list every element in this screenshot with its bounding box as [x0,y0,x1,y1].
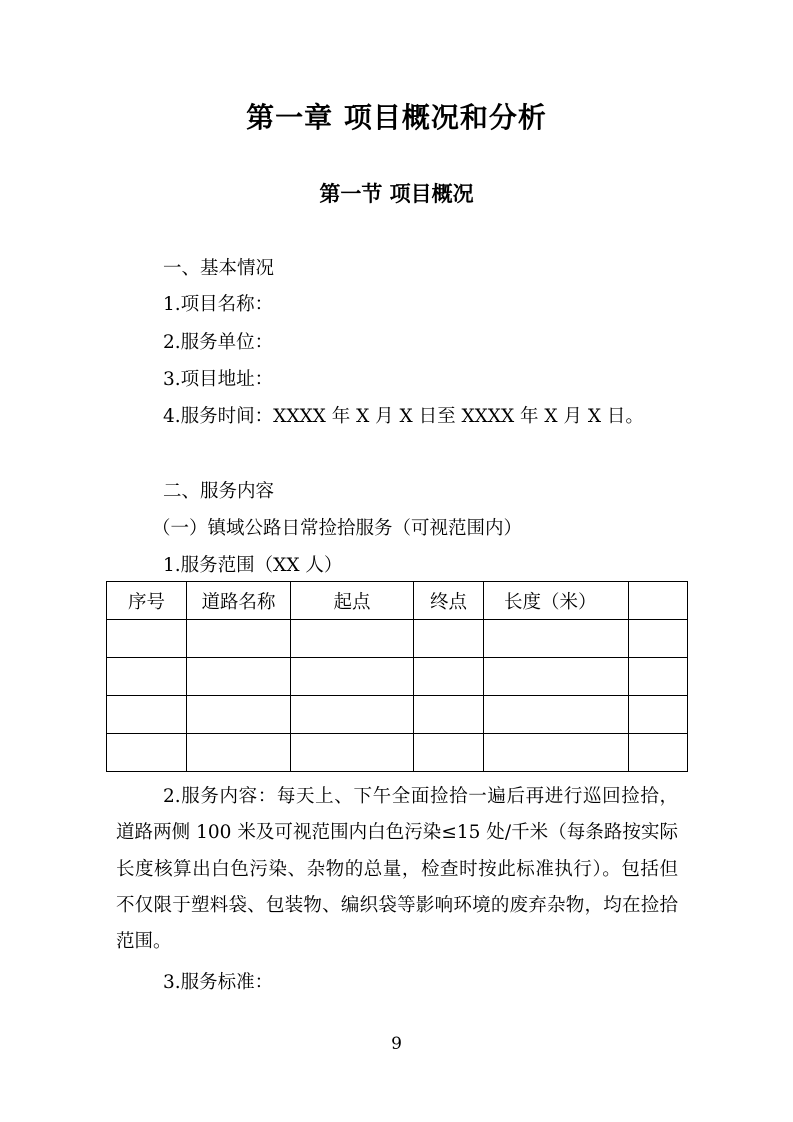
header-start-point: 起点 [291,582,414,620]
project-name-label: 1.项目名称： [163,293,273,317]
table-row [107,734,688,772]
table-cell [484,658,629,696]
header-length: 长度（米） [484,582,629,620]
service-scope-label: 1.服务范围（XX 人） [163,554,342,578]
basic-info-heading: 一、基本情况 [163,257,274,281]
table-cell [484,696,629,734]
table-cell [414,620,484,658]
table-cell [291,696,414,734]
header-road-name: 道路名称 [187,582,291,620]
table-cell [629,658,688,696]
table-cell [414,696,484,734]
service-standard-label: 3.服务标准： [163,971,273,995]
table-cell [187,696,291,734]
service-content-heading: 二、服务内容 [163,480,274,504]
service-time-label: 4.服务时间：XXXX 年 X 月 X 日至 XXXX 年 X 月 X 日。 [163,405,644,429]
table-cell [187,734,291,772]
table-cell [291,734,414,772]
table-cell [484,620,629,658]
header-extra [629,582,688,620]
road-pickup-subheading: （一）镇域公路日常捡拾服务（可视范围内） [152,517,522,541]
table-cell [187,658,291,696]
table-cell [484,734,629,772]
table-cell [291,658,414,696]
table-cell [629,620,688,658]
table-cell [107,696,187,734]
table-cell [107,658,187,696]
header-serial-no: 序号 [107,582,187,620]
section-title: 第一节 项目概况 [0,178,793,208]
project-address-label: 3.项目地址： [163,368,273,392]
service-content-paragraph: 2.服务内容：每天上、下午全面捡拾一遍后再进行巡回捡拾，道路两侧 100 米及可… [116,779,678,960]
table-cell [629,696,688,734]
table-row [107,620,688,658]
table-cell [629,734,688,772]
table-cell [107,734,187,772]
table-row [107,658,688,696]
page-number: 9 [0,1034,793,1054]
table-cell [107,620,187,658]
table-row [107,696,688,734]
table-cell [187,620,291,658]
service-unit-label: 2.服务单位： [163,331,273,355]
table-cell [414,658,484,696]
table-cell [291,620,414,658]
table-header-row: 序号 道路名称 起点 终点 长度（米） [107,582,688,620]
table-cell [414,734,484,772]
chapter-title: 第一章 项目概况和分析 [0,96,793,136]
header-end-point: 终点 [414,582,484,620]
road-scope-table: 序号 道路名称 起点 终点 长度（米） [106,581,688,772]
